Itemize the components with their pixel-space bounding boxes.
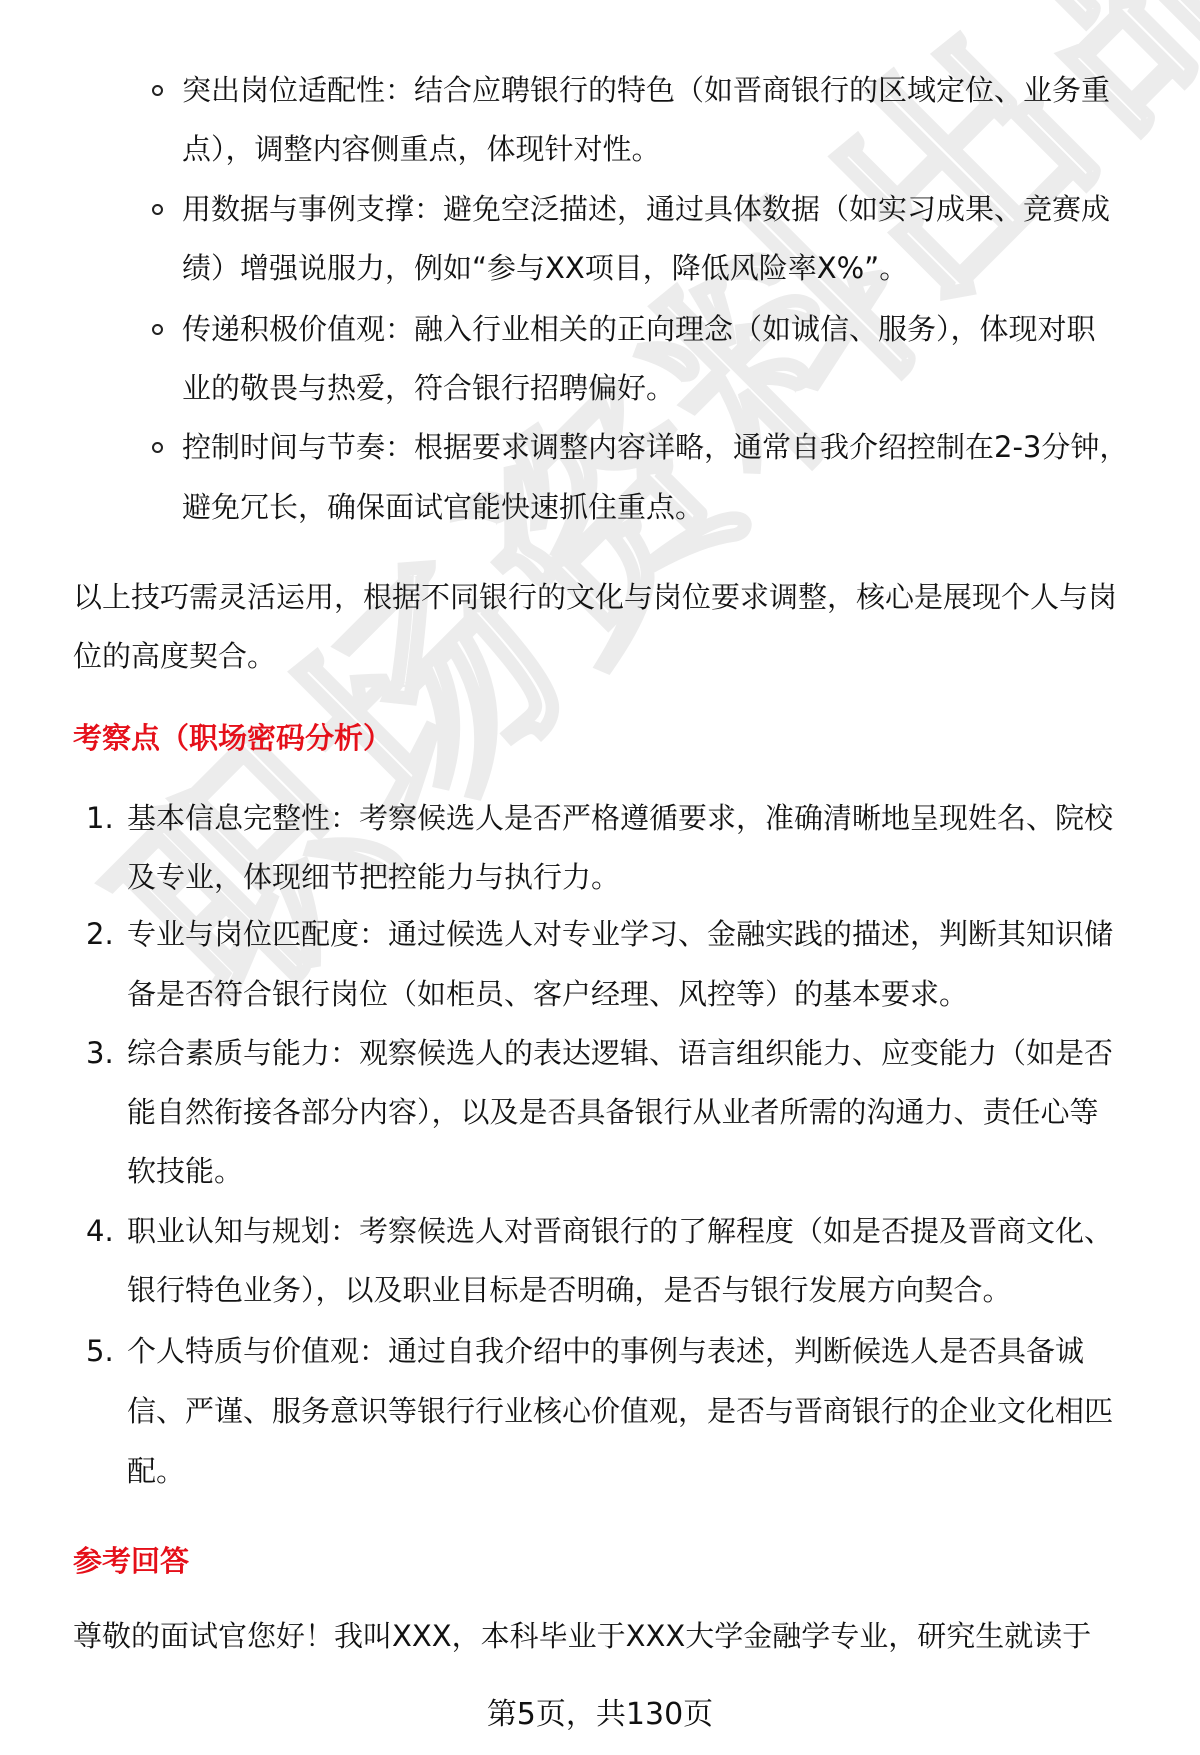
section-heading-exam-points: 考察点（职场密码分析） [73,718,392,758]
exam-item-2-line-2: 备是否符合银行岗位（如柜员、客户经理、风控等）的基本要求。 [127,974,968,1014]
exam-item-5-line-2: 信、严谨、服务意识等银行行业核心价值观，是否与晋商银行的企业文化相匹 [127,1391,1113,1431]
hollow-bullet-icon [152,442,163,453]
list-number: 1. [86,798,114,838]
tip-2-line-1: 用数据与事例支撑：避免空泛描述，通过具体数据（如实习成果、竞赛成 [182,189,1110,229]
exam-item-3-line-3: 软技能。 [127,1151,243,1191]
tip-3-line-2: 业的敬畏与热爱，符合银行招聘偏好。 [182,368,675,408]
summary-line-2: 位的高度契合。 [73,636,276,676]
summary-line-1: 以上技巧需灵活运用，根据不同银行的文化与岗位要求调整，核心是展现个人与岗 [73,577,1117,617]
section-heading-reference-answer: 参考回答 [73,1541,189,1581]
hollow-bullet-icon [152,204,163,215]
list-number: 2. [86,914,114,954]
exam-item-3-line-1: 综合素质与能力：观察候选人的表达逻辑、语言组织能力、应变能力（如是否 [127,1033,1113,1073]
tip-3-line-1: 传递积极价值观：融入行业相关的正向理念（如诚信、服务），体现对职 [182,309,1096,349]
exam-item-3-line-2: 能自然衔接各部分内容），以及是否具备银行从业者所需的沟通力、责任心等 [127,1092,1099,1132]
tip-2-line-2: 绩）增强说服力，例如“参与XX项目，降低风险率X%”。 [182,248,908,288]
page-number: 第5页，共130页 [0,1695,1200,1735]
tip-1-line-1: 突出岗位适配性：结合应聘银行的特色（如晋商银行的区域定位、业务重 [182,70,1110,110]
tip-4-line-1: 控制时间与节奏：根据要求调整内容详略，通常自我介绍控制在2-3分钟， [182,427,1128,467]
tip-1-line-2: 点），调整内容侧重点，体现针对性。 [182,129,661,169]
tip-4-line-2: 避免冗长，确保面试官能快速抓住重点。 [182,487,704,527]
list-number: 4. [86,1211,114,1251]
list-number: 5. [86,1331,114,1371]
hollow-bullet-icon [152,85,163,96]
exam-item-1-line-2: 及专业，体现细节把控能力与执行力。 [127,857,620,897]
exam-item-4-line-1: 职业认知与规划：考察候选人对晋商银行的了解程度（如是否提及晋商文化、 [127,1211,1113,1251]
exam-item-4-line-2: 银行特色业务），以及职业目标是否明确，是否与银行发展方向契合。 [127,1270,1012,1310]
list-number: 3. [86,1033,114,1073]
exam-item-2-line-1: 专业与岗位匹配度：通过候选人对专业学习、金融实践的描述，判断其知识储 [127,914,1113,954]
hollow-bullet-icon [152,324,163,335]
exam-item-1-line-1: 基本信息完整性：考察候选人是否严格遵循要求，准确清晰地呈现姓名、院校 [127,798,1113,838]
exam-item-5-line-1: 个人特质与价值观：通过自我介绍中的事例与表述，判断候选人是否具备诚 [127,1331,1084,1371]
answer-line-1: 尊敬的面试官您好！我叫XXX，本科毕业于XXX大学金融学专业，研究生就读于 [73,1616,1091,1656]
exam-item-5-line-3: 配。 [127,1451,185,1491]
